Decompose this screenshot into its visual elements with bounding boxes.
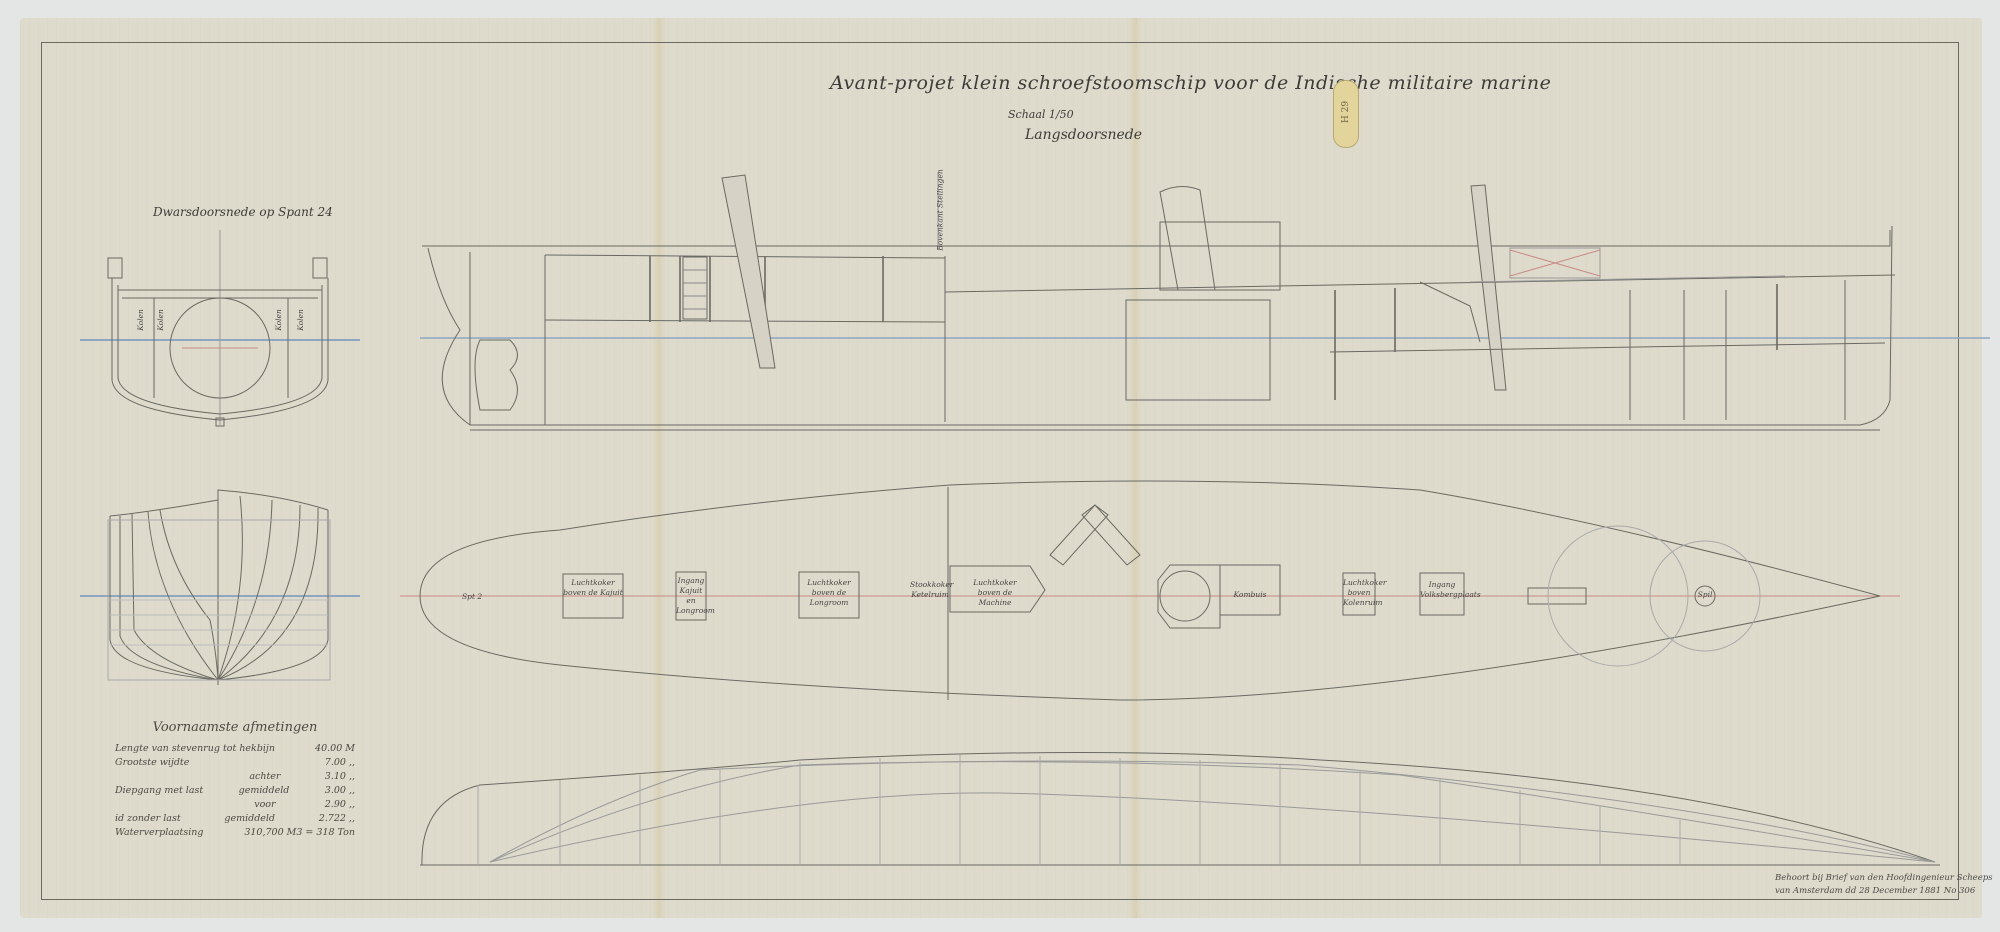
mast-label: Bovenkant Stellingen xyxy=(936,169,946,250)
deck-label: Ingang Kajuit en Longroom xyxy=(676,576,706,616)
coal-label: Kolen xyxy=(296,309,306,331)
deck-label: Luchtkoker boven de Machine xyxy=(965,578,1025,608)
deck-label: Ingang Volksbergplaats xyxy=(1420,580,1464,600)
coal-label: Kolen xyxy=(136,309,146,331)
side-elevation-view xyxy=(420,172,1990,430)
deck-label: Spil xyxy=(1690,590,1720,600)
dimensions-title: Voornaamste afmetingen xyxy=(115,720,355,735)
table-row: id zonder lastgemiddeld2.722 ,, xyxy=(115,813,355,827)
station-label: Spt 2 xyxy=(462,592,482,602)
deck-label: Luchtkoker boven Kolenruim xyxy=(1343,578,1375,608)
table-row: voor2.90 ,, xyxy=(115,799,355,813)
coal-label: Kolen xyxy=(274,309,284,331)
deck-label: Stookkoker Ketelruim xyxy=(910,580,950,600)
deck-label: Kombuis xyxy=(1222,590,1278,600)
cross-section-view xyxy=(80,230,360,426)
coal-label: Kolen xyxy=(156,309,166,331)
table-row: Grootste wijdte7.00 ,, xyxy=(115,757,355,771)
table-row: achter3.10 ,, xyxy=(115,771,355,785)
table-row: Waterverplaatsing310,700 M3 = 318 Ton xyxy=(115,827,355,841)
half-breadth-view xyxy=(420,753,1940,866)
deck-plan-view xyxy=(400,481,1900,700)
signature-note: Behoort bij Brief van den Hoofdingenieur… xyxy=(1775,872,1993,898)
deck-label: Luchtkoker boven de Longroom xyxy=(799,578,859,608)
table-row: Lengte van stevenrug tot hekbijn40.00 M xyxy=(115,743,355,757)
deck-label: Luchtkoker boven de Kajuit xyxy=(563,578,623,598)
dimensions-table: Voornaamste afmetingen Lengte van steven… xyxy=(115,720,355,841)
table-row: Diepgang met lastgemiddeld3.00 ,, xyxy=(115,785,355,799)
body-plan-view xyxy=(80,490,360,685)
